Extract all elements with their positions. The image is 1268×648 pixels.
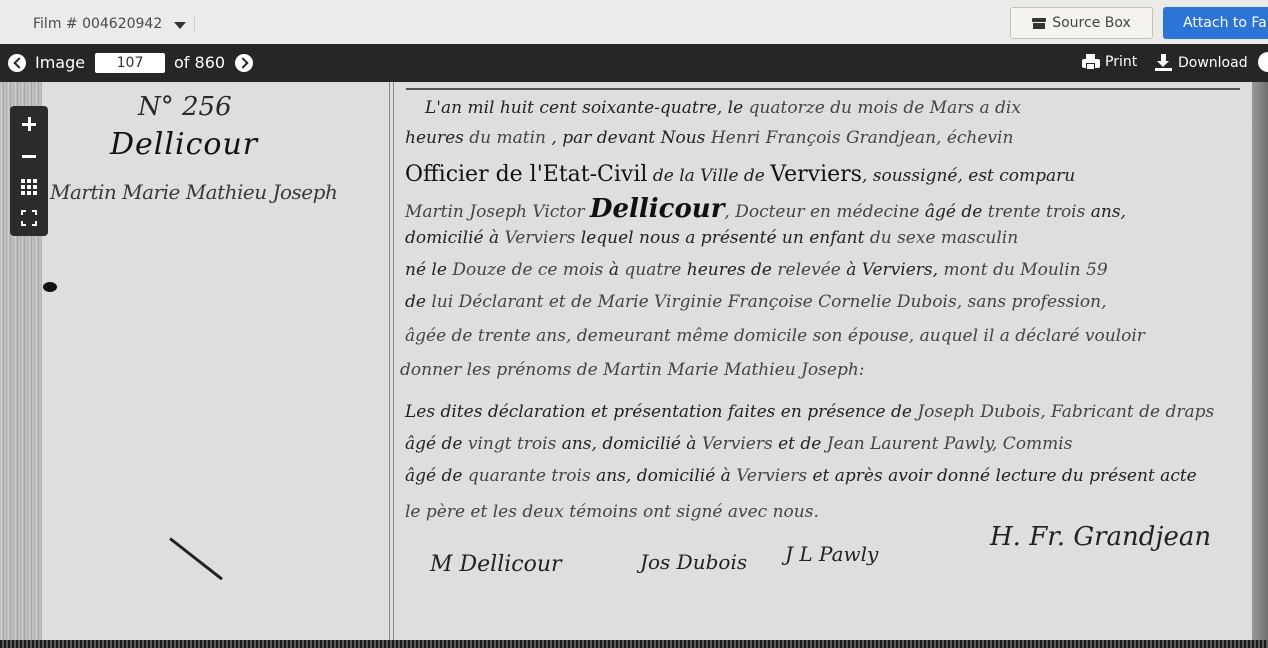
handwritten-text: Verviers xyxy=(736,466,807,486)
record-line: heures du matin , par devant Nous Henri … xyxy=(405,128,1013,148)
printed-text: âgé de xyxy=(405,466,468,486)
more-options-icon[interactable] xyxy=(1258,52,1268,72)
print-button[interactable]: Print xyxy=(1082,54,1137,70)
printed-text: , soussigné, est comparu xyxy=(862,166,1075,186)
fullscreen-icon[interactable] xyxy=(10,203,48,233)
gallery-grid-icon[interactable] xyxy=(10,172,48,202)
printed-text: de xyxy=(405,292,431,312)
printed-text: L'an mil huit cent soixante-quatre, le xyxy=(425,98,749,118)
record-line: Les dites déclaration et présentation fa… xyxy=(405,402,1214,422)
attach-to-family-tree-button[interactable]: Attach to Family Tree xyxy=(1163,7,1268,39)
handwritten-text: quatorze du mois de Mars a dix xyxy=(749,98,1021,118)
handwritten-text: trente trois xyxy=(988,202,1086,222)
entry-top-rule xyxy=(406,88,1240,90)
printed-text: , par devant Nous xyxy=(546,128,711,148)
record-line: le père et les deux témoins ont signé av… xyxy=(405,502,819,522)
image-toolbar: Image of 860 Print Download xyxy=(0,44,1268,82)
download-button[interactable]: Download xyxy=(1155,54,1248,71)
record-line: âgé de quarante trois ans, domicilié à V… xyxy=(405,466,1197,486)
top-header: Film # 004620942 Source Box Attach to Fa… xyxy=(0,0,1268,44)
printed-text: à Verviers, xyxy=(841,260,944,280)
image-label: Image xyxy=(35,53,85,72)
handwritten-text: Joseph Dubois, Fabricant de draps xyxy=(917,402,1214,422)
chevron-down-icon[interactable] xyxy=(174,22,186,29)
handwritten-text: donner les prénoms de Martin Marie Mathi… xyxy=(400,360,865,380)
page-gutter-shadow xyxy=(1252,82,1268,648)
divider xyxy=(194,15,195,33)
handwritten-text: du matin xyxy=(469,128,546,148)
total-images-label: of 860 xyxy=(174,53,225,72)
handwritten-text: Officier de l'Etat-Civil xyxy=(405,162,647,187)
record-line: Officier de l'Etat-Civil de la Ville de … xyxy=(405,162,1075,187)
handwritten-text: mont du Moulin 59 xyxy=(943,260,1107,280)
margin-rule xyxy=(393,82,394,640)
margin-rule xyxy=(389,82,390,640)
printed-text: et de xyxy=(773,434,827,454)
signature: Jos Dubois xyxy=(640,550,747,574)
signature: H. Fr. Grandjean xyxy=(990,522,1211,552)
printed-text: âgé de xyxy=(405,434,468,454)
next-image-icon[interactable] xyxy=(235,54,253,72)
handwritten-text: Verviers xyxy=(770,162,862,187)
handwritten-text: Henri François Grandjean, échevin xyxy=(711,128,1014,148)
ink-blot xyxy=(43,282,57,292)
record-number: N° 256 xyxy=(138,92,232,122)
handwritten-text: le père et les deux témoins ont signé av… xyxy=(405,502,819,522)
record-line: domicilié à Verviers lequel nous a prése… xyxy=(405,228,1018,248)
printed-text: ans, domicilié à xyxy=(591,466,737,486)
download-icon xyxy=(1155,54,1172,71)
signature: M Dellicour xyxy=(430,552,562,577)
zoom-in-icon[interactable] xyxy=(10,109,48,139)
record-line: âgé de vingt trois ans, domicilié à Verv… xyxy=(405,434,1072,454)
printed-text: ans, xyxy=(1085,202,1126,222)
printed-text: ans, domicilié à xyxy=(556,434,702,454)
record-line: né le Douze de ce mois à quatre heures d… xyxy=(405,260,1108,280)
signature: J L Pawly xyxy=(785,542,878,566)
printed-text: Les dites déclaration et présentation fa… xyxy=(405,402,917,422)
record-line: Martin Joseph Victor Dellicour, Docteur … xyxy=(405,194,1126,224)
handwritten-text: quarante trois xyxy=(468,466,591,486)
attach-label: Attach to Family Tree xyxy=(1183,15,1268,31)
printed-text: et après avoir donné lecture du présent … xyxy=(807,466,1197,486)
source-box-button[interactable]: Source Box xyxy=(1010,7,1153,39)
handwritten-text: vingt trois xyxy=(468,434,556,454)
record-line: L'an mil huit cent soixante-quatre, le q… xyxy=(425,98,1021,118)
handwritten-text: Douze de ce mois xyxy=(452,260,603,280)
download-label: Download xyxy=(1178,55,1248,71)
printer-icon xyxy=(1082,54,1100,70)
document-image-viewer[interactable]: N° 256 Dellicour Martin Marie Mathieu Jo… xyxy=(0,82,1268,648)
handwritten-text: , Docteur en médecine xyxy=(724,202,919,222)
zoom-controls xyxy=(10,106,48,236)
zoom-out-icon[interactable] xyxy=(10,141,48,171)
record-line: donner les prénoms de Martin Marie Mathi… xyxy=(400,360,865,380)
film-selector[interactable]: Film # 004620942 xyxy=(33,15,195,33)
printed-text: de la Ville de xyxy=(647,166,770,186)
previous-image-icon[interactable] xyxy=(8,54,26,72)
source-box-label: Source Box xyxy=(1052,15,1131,31)
printed-text: heures de xyxy=(681,260,777,280)
archive-box-icon xyxy=(1032,18,1046,29)
handwritten-text: quatre xyxy=(624,260,681,280)
image-number-input[interactable] xyxy=(95,53,165,73)
printed-text: domicilié à xyxy=(405,228,505,248)
printed-text: né le xyxy=(405,260,452,280)
printed-text: lequel nous a présenté un enfant xyxy=(575,228,869,248)
handwritten-text: Dellicour xyxy=(590,194,725,224)
handwritten-text: Verviers xyxy=(505,228,576,248)
printed-text: heures xyxy=(405,128,469,148)
printed-text: à xyxy=(603,260,624,280)
print-label: Print xyxy=(1105,54,1137,70)
film-number-label: Film # 004620942 xyxy=(33,16,162,32)
margin-given-names: Martin Marie Mathieu Joseph xyxy=(50,180,337,204)
record-line: âgée de trente ans, demeurant même domic… xyxy=(405,326,1145,346)
margin-surname: Dellicour xyxy=(110,127,258,162)
handwritten-text: Martin Joseph Victor xyxy=(405,202,590,222)
page-bottom-edge xyxy=(0,640,1268,648)
handwritten-text: du sexe masculin xyxy=(870,228,1018,248)
printed-text: âgé de xyxy=(919,202,987,222)
record-line: de lui Déclarant et de Marie Virginie Fr… xyxy=(405,292,1107,312)
handwritten-text: âgée de trente ans, demeurant même domic… xyxy=(405,326,1145,346)
handwritten-text: Verviers xyxy=(702,434,773,454)
handwritten-text: lui Déclarant et de Marie Virginie Franç… xyxy=(431,292,1106,312)
handwritten-text: relevée xyxy=(777,260,840,280)
handwritten-text: Jean Laurent Pawly, Commis xyxy=(827,434,1073,454)
